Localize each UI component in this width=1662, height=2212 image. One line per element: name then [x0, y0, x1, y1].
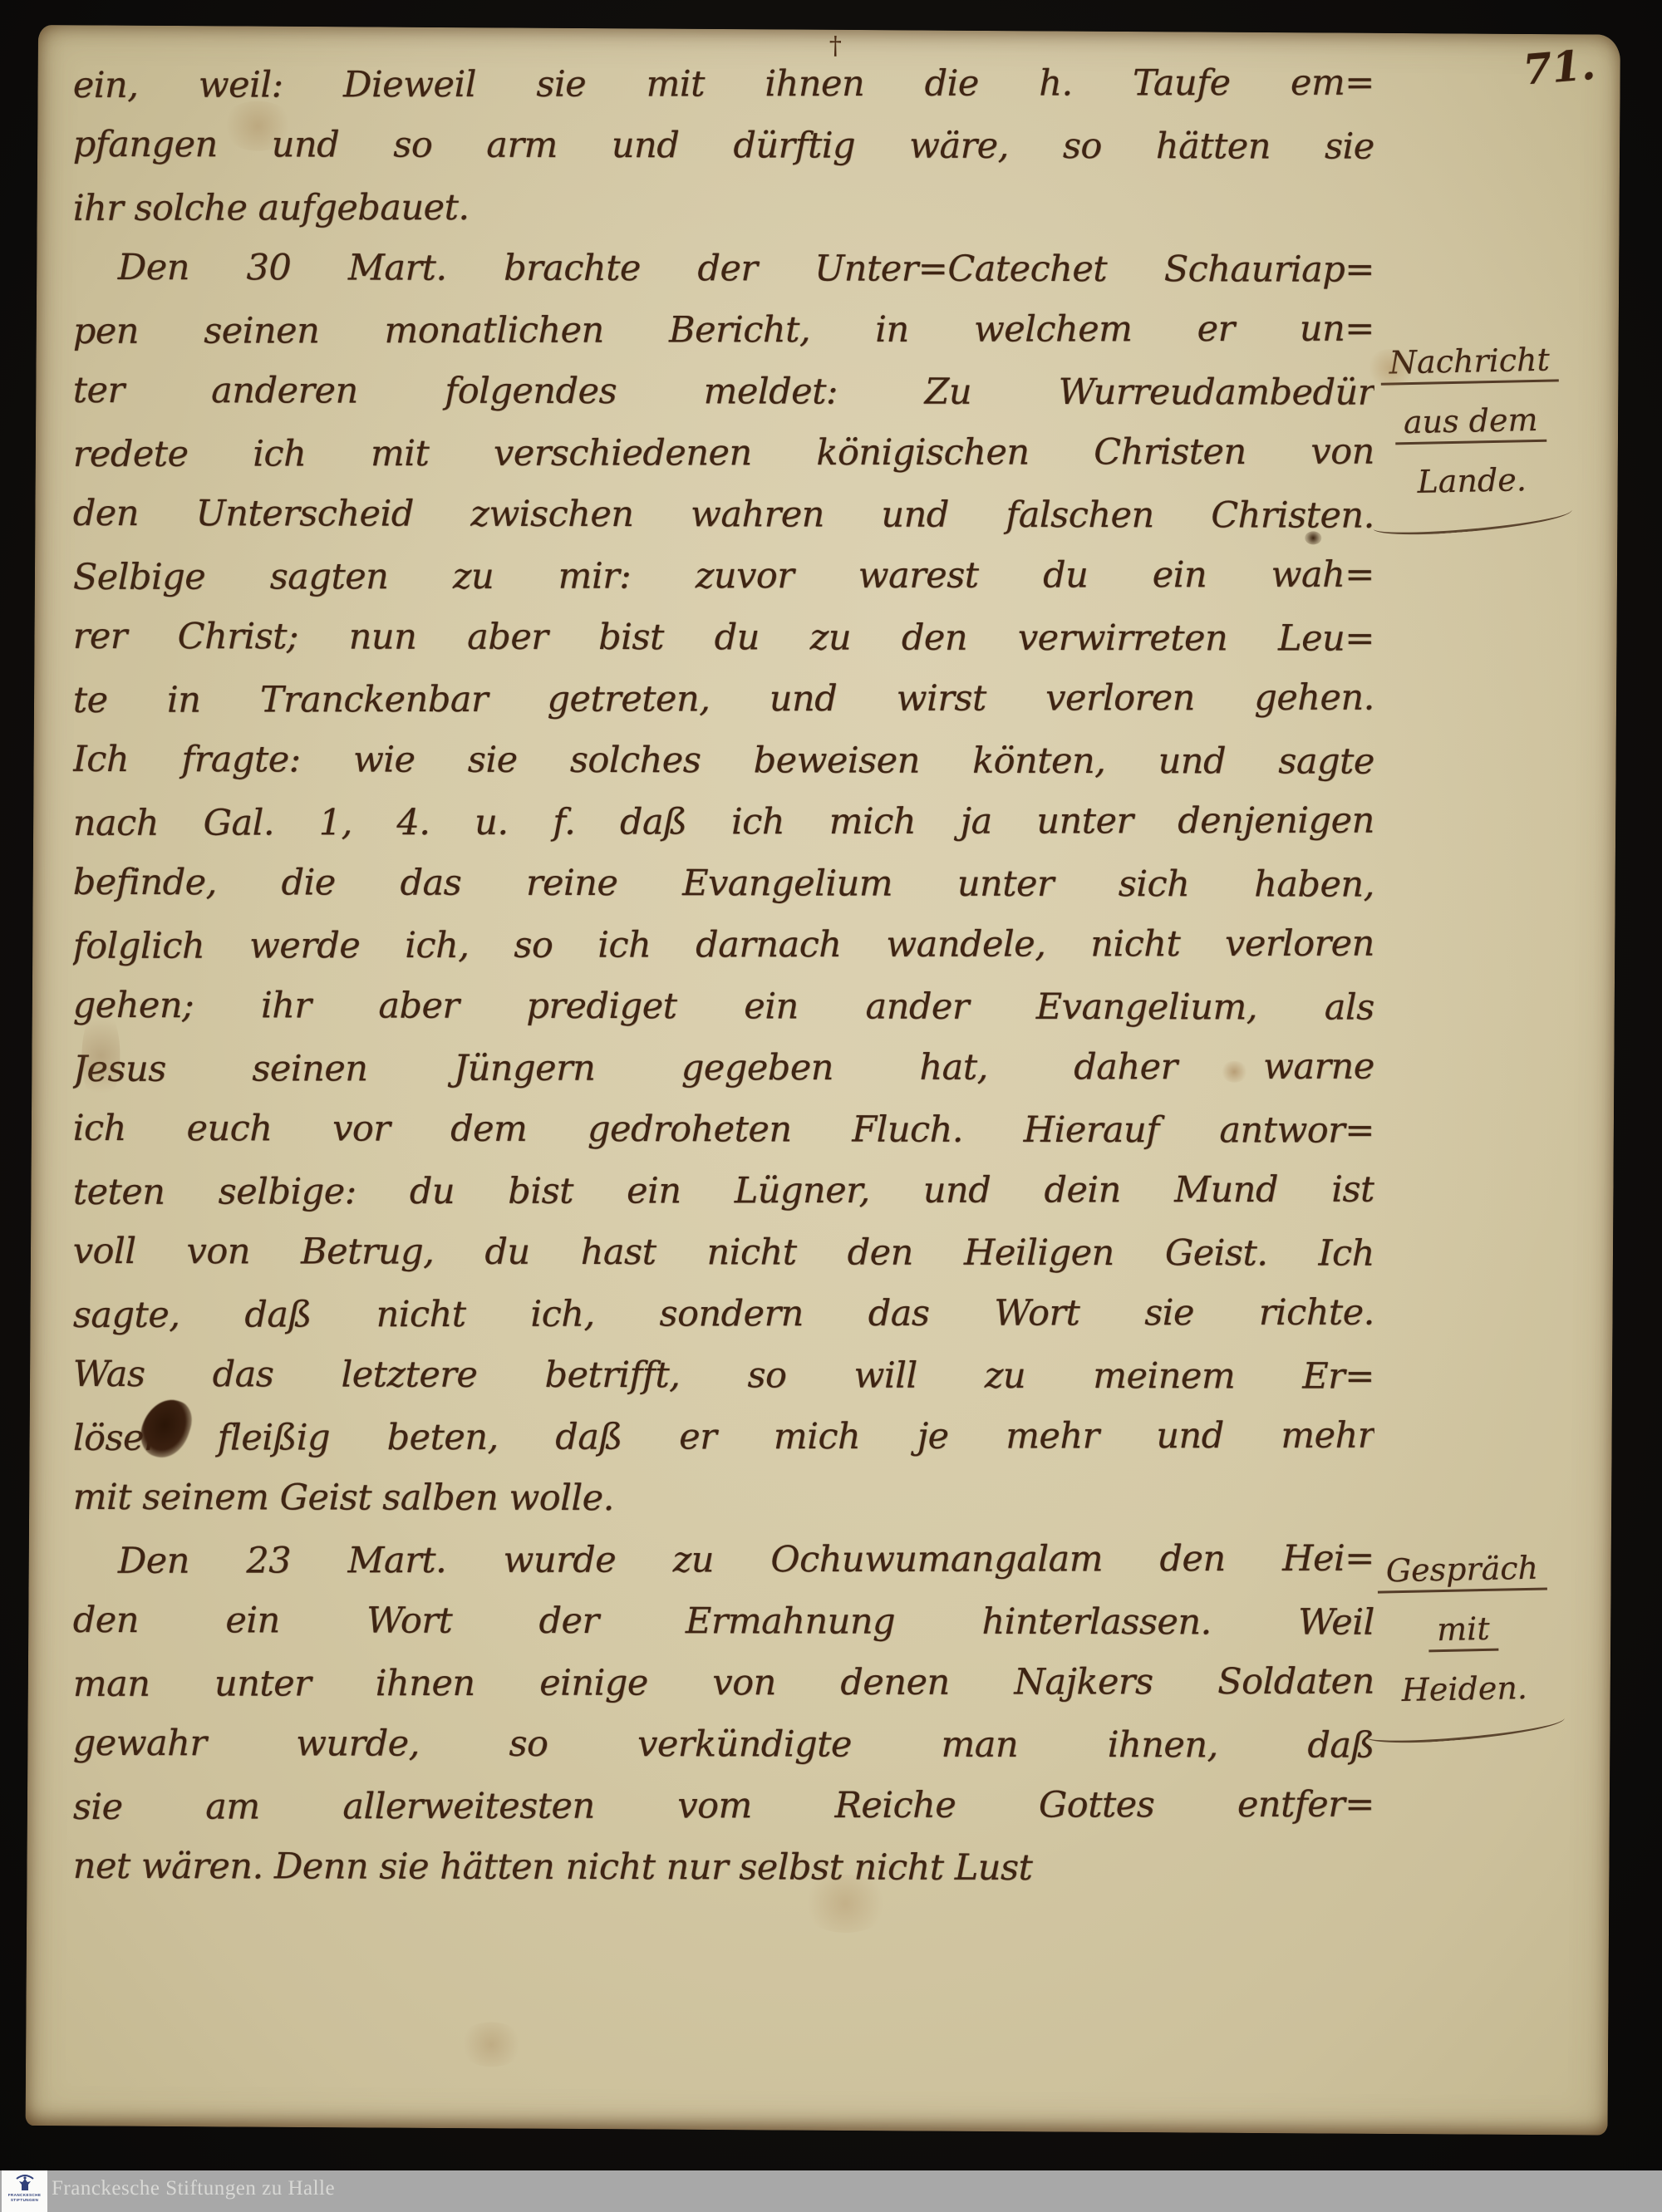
stain — [458, 2022, 524, 2067]
manuscript-text-block: ein, weil: Dieweil sie mit ihnen die h. … — [73, 53, 1374, 1898]
text-line: ich euch vor dem gedroheten Fluch. Hiera… — [73, 1098, 1374, 1162]
text-line: Den 30 Mart. brachte der Unter=Catechet … — [73, 237, 1374, 301]
text-line: mit seinem Geist salben wolle. — [73, 1467, 1374, 1531]
text-line: ihr solche aufgebauet. — [73, 175, 1374, 239]
margin-note-nachricht-aus-dem-lande: Nachricht aus dem Lande. — [1332, 332, 1610, 534]
text-line: gehen; ihr aber prediget ein ander Evang… — [73, 975, 1374, 1039]
text-line: teten selbige: du bist ein Lügner, und d… — [73, 1159, 1374, 1223]
text-line: befinde, die das reine Evangelium unter … — [73, 852, 1374, 916]
eagle-and-sun-icon — [14, 2173, 36, 2193]
text-line: Was das letztere betrifft, so will zu me… — [73, 1344, 1374, 1408]
margin-note-line: Heiden. — [1401, 1669, 1527, 1708]
text-line: sie am allerweitesten vom Reiche Gottes … — [73, 1774, 1374, 1838]
text-line: pfangen und so arm und dürftig wäre, so … — [73, 114, 1374, 178]
text-line: pen seinen monatlichen Bericht, in welch… — [73, 298, 1374, 362]
text-line: Den 23 Mart. wurde zu Ochuwumangalam den… — [73, 1528, 1374, 1592]
text-line: Selbige sagten zu mir: zuvor warest du e… — [73, 544, 1374, 608]
margin-note-gespraech-mit-heiden: Gespräch mit Heiden. — [1325, 1540, 1603, 1743]
text-line: nach Gal. 1, 4. u. f. daß ich mich ja un… — [73, 790, 1374, 854]
footer-bar: FRANCKESCHE STIFTUNGEN Franckesche Stift… — [0, 2170, 1662, 2212]
manuscript-page: 71. † ein, weil: Dieweil sie mit ihnen d… — [26, 25, 1620, 2136]
scanned-manuscript-screenshot: { "manuscript": { "page_number": "71.", … — [0, 0, 1662, 2212]
text-line: ter anderen folgendes meldet: Zu Wurreud… — [73, 360, 1374, 424]
text-line: gewahr wurde, so verkündigte man ihnen, … — [73, 1713, 1374, 1777]
text-line: ein, weil: Dieweil sie mit ihnen die h. … — [73, 52, 1374, 116]
text-line: Jesus seinen Jüngern gegeben hat, daher … — [73, 1036, 1374, 1100]
institution-name: Franckesche Stiftungen zu Halle — [52, 2177, 335, 2200]
text-line: voll von Betrug, du hast nicht den Heili… — [73, 1221, 1374, 1285]
logo-caption: FRANCKESCHE STIFTUNGEN — [8, 2193, 42, 2203]
text-line: rer Christ; nun aber bist du zu den verw… — [73, 606, 1374, 670]
text-line: man unter ihnen einige von denen Najkers… — [73, 1651, 1374, 1715]
margin-note-line: Gespräch — [1377, 1549, 1546, 1593]
text-line: folglich werde ich, so ich darnach wande… — [73, 913, 1374, 977]
text-line: te in Tranckenbar getreten, und wirst ve… — [73, 667, 1374, 731]
text-line: net wären. Denn sie hätten nicht nur sel… — [73, 1836, 1374, 1900]
margin-note-line: Lande. — [1417, 461, 1527, 500]
text-line: sagte, daß nicht ich, sondern das Wort s… — [73, 1282, 1374, 1346]
text-line: redete ich mit verschiedenen königischen… — [73, 421, 1374, 485]
text-line: Ich fragte: wie sie solches beweisen kön… — [73, 729, 1374, 793]
text-line: löser fleißig beten, daß er mich je mehr… — [73, 1405, 1374, 1469]
margin-note-line: Nachricht — [1380, 341, 1558, 385]
franckesche-stiftungen-logo: FRANCKESCHE STIFTUNGEN — [2, 2170, 47, 2212]
logo-caption-line: STIFTUNGEN — [8, 2198, 42, 2203]
margin-note-line: mit — [1428, 1610, 1498, 1653]
margin-note-line: aus dem — [1395, 401, 1547, 445]
text-line: den ein Wort der Ermahnung hinterlassen.… — [73, 1590, 1374, 1654]
page-number: 71. — [1521, 40, 1596, 95]
text-line: den Unterscheid zwischen wahren und fals… — [73, 483, 1374, 547]
